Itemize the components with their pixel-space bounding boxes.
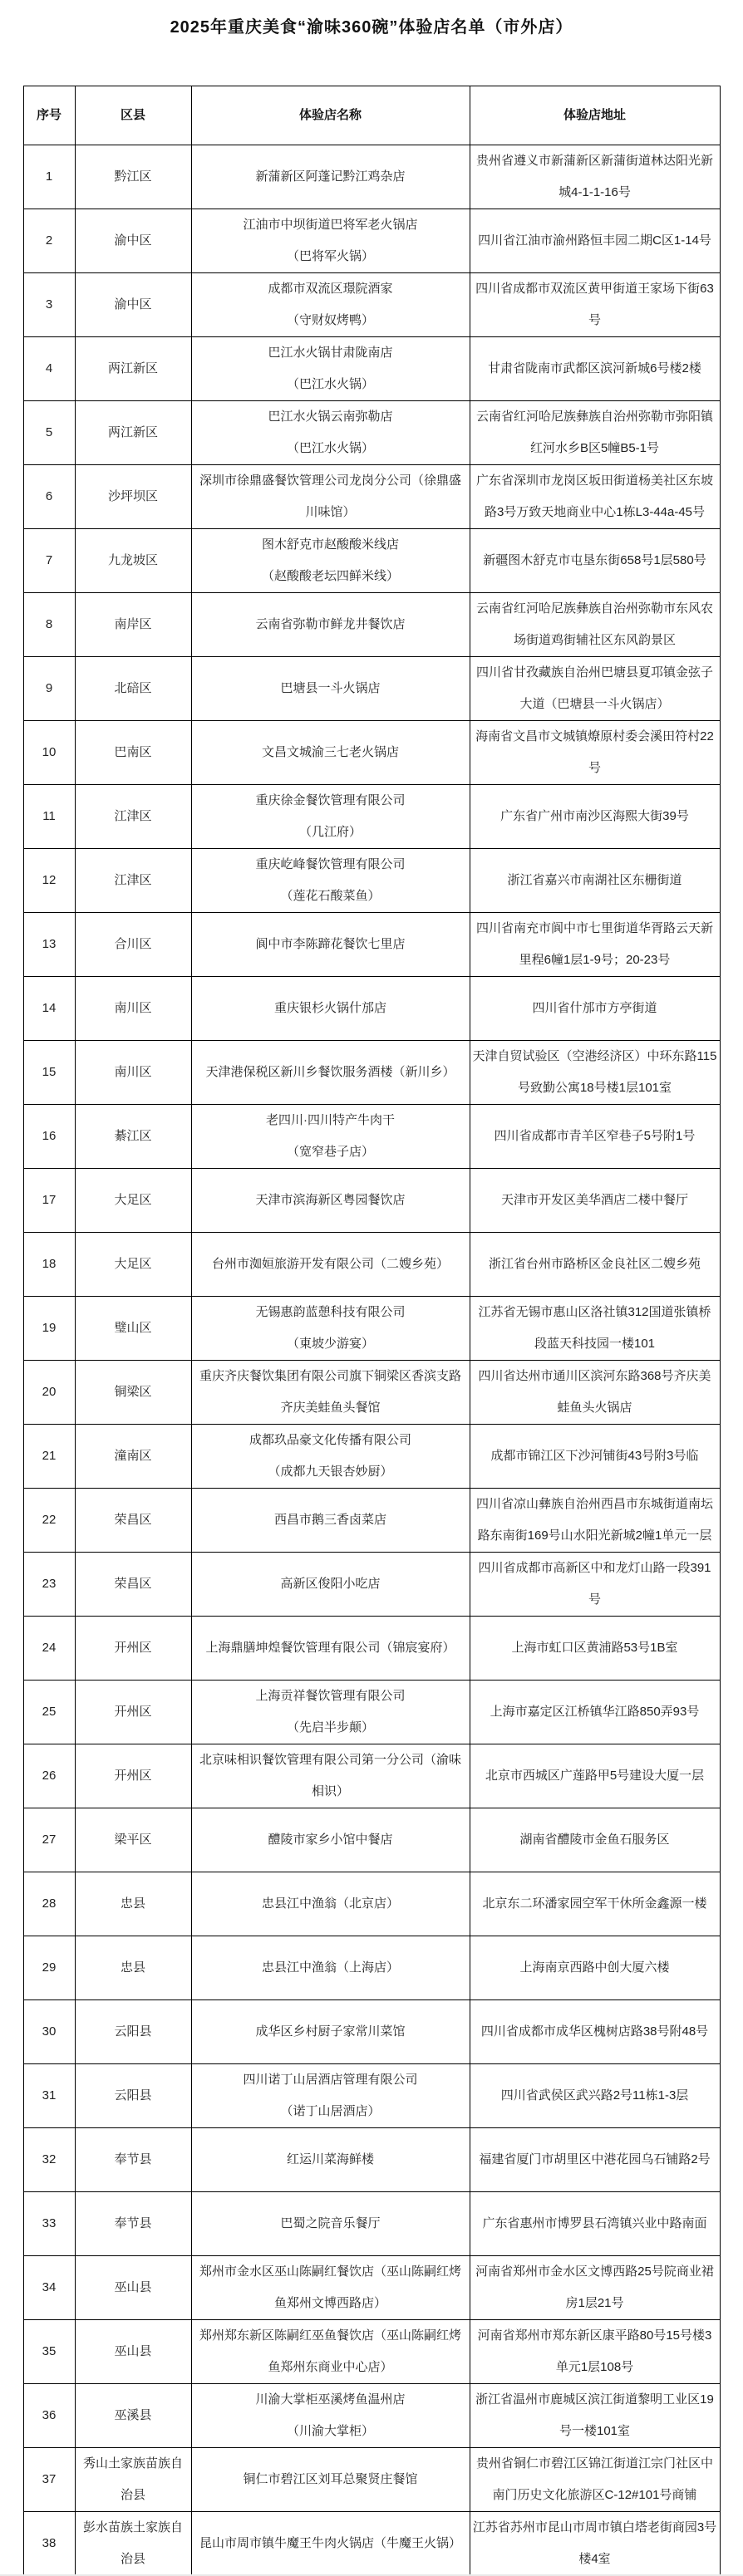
store-address-cell: 江苏省苏州市昆山市周市镇白塔老街商园3号楼4室	[470, 2512, 720, 2576]
table-body: 1黔江区新蒲新区阿蓬记黔江鸡杂店贵州省遵义市新蒲新区新蒲街道林达阳光新城4-1-…	[23, 145, 720, 2576]
table-row: 5两江新区巴江水火锅云南弥勒店 （巴江水火锅）云南省红河哈尼族彝族自治州弥勒市弥…	[23, 401, 720, 465]
store-name-cell: 新蒲新区阿蓬记黔江鸡杂店	[191, 145, 470, 209]
store-name-cell: 重庆齐庆餐饮集团有限公司旗下铜梁区香滨支路齐庆美蛙鱼头餐馆	[191, 1361, 470, 1425]
table-row: 28忠县忠县江中渔翁（北京店）北京东二环潘家园空军干休所金鑫源一楼	[23, 1872, 720, 1936]
district-cell: 綦江区	[75, 1105, 191, 1169]
table-row: 1黔江区新蒲新区阿蓬记黔江鸡杂店贵州省遵义市新蒲新区新蒲街道林达阳光新城4-1-…	[23, 145, 720, 209]
row-number-cell: 33	[23, 2192, 75, 2256]
table-row: 26开州区北京味相识餐饮管理有限公司第一分公司（渝味相识）北京市西城区广莲路甲5…	[23, 1744, 720, 1808]
store-address-cell: 成都市锦江区下沙河铺街43号附3号临	[470, 1425, 720, 1489]
row-number-cell: 24	[23, 1617, 75, 1681]
row-number-cell: 31	[23, 2064, 75, 2128]
header-district: 区县	[75, 86, 191, 145]
store-address-cell: 四川省成都市双流区黄甲街道王家场下街63号	[470, 273, 720, 337]
table-row: 23荣昌区高新区俊阳小吃店四川省成都市高新区中和龙灯山路一段391号	[23, 1553, 720, 1617]
row-number-cell: 18	[23, 1233, 75, 1297]
table-row: 12江津区重庆屹峰餐饮管理有限公司 （莲花石酸菜鱼）浙江省嘉兴市南湖社区东栅街道	[23, 849, 720, 913]
table-row: 24开州区上海鼎膳坤煌餐饮管理有限公司（锦宸宴府）上海市虹口区黄浦路53号1B室	[23, 1617, 720, 1681]
district-cell: 沙坪坝区	[75, 465, 191, 529]
store-name-cell: 重庆屹峰餐饮管理有限公司 （莲花石酸菜鱼）	[191, 849, 470, 913]
row-number-cell: 5	[23, 401, 75, 465]
district-cell: 渝中区	[75, 209, 191, 273]
row-number-cell: 11	[23, 785, 75, 849]
row-number-cell: 29	[23, 1936, 75, 2000]
table-row: 2渝中区江油市中坝街道巴将军老火锅店 （巴将军火锅）四川省江油市渝州路恒丰园二期…	[23, 209, 720, 273]
store-name-cell: 红运川菜海鲜楼	[191, 2128, 470, 2192]
row-number-cell: 8	[23, 593, 75, 657]
store-address-cell: 浙江省台州市路桥区金良社区二嫂乡苑	[470, 1233, 720, 1297]
table-row: 6沙坪坝区深圳市徐鼎盛餐饮管理公司龙岗分公司（徐鼎盛川味馆）广东省深圳市龙岗区坂…	[23, 465, 720, 529]
district-cell: 南川区	[75, 977, 191, 1041]
store-address-cell: 四川省武侯区武兴路2号11栋1-3层	[470, 2064, 720, 2128]
table-row: 10巴南区文昌文城渝三七老火锅店海南省文昌市文城镇燎原村委会溪田符村22号	[23, 721, 720, 785]
row-number-cell: 38	[23, 2512, 75, 2576]
district-cell: 奉节县	[75, 2128, 191, 2192]
row-number-cell: 19	[23, 1297, 75, 1361]
district-cell: 巫溪县	[75, 2384, 191, 2448]
store-name-cell: 西昌市鹅三香卤菜店	[191, 1489, 470, 1553]
table-row: 22荣昌区西昌市鹅三香卤菜店四川省凉山彝族自治州西昌市东城街道南坛路东南街169…	[23, 1489, 720, 1553]
store-address-cell: 海南省文昌市文城镇燎原村委会溪田符村22号	[470, 721, 720, 785]
district-cell: 大足区	[75, 1169, 191, 1233]
store-name-cell: 郑州市金水区巫山陈嗣红餐饮店（巫山陈嗣红烤鱼郑州文博西路店）	[191, 2256, 470, 2320]
store-name-cell: 北京味相识餐饮管理有限公司第一分公司（渝味相识）	[191, 1744, 470, 1808]
table-row: 19璧山区无锡惠韵蓝憩科技有限公司 （東坡少游宴）江苏省无锡市惠山区洛社镇312…	[23, 1297, 720, 1361]
store-name-cell: 巴蜀之院音乐餐厅	[191, 2192, 470, 2256]
district-cell: 奉节县	[75, 2192, 191, 2256]
table-row: 34巫山县郑州市金水区巫山陈嗣红餐饮店（巫山陈嗣红烤鱼郑州文博西路店）河南省郑州…	[23, 2256, 720, 2320]
district-cell: 云阳县	[75, 2000, 191, 2064]
store-name-cell: 台州市洳姮旅游开发有限公司（二嫂乡苑）	[191, 1233, 470, 1297]
store-address-cell: 四川省达州市通川区滨河东路368号齐庆美蛙鱼头火锅店	[470, 1361, 720, 1425]
district-cell: 铜梁区	[75, 1361, 191, 1425]
table-row: 11江津区重庆徐金餐饮管理有限公司 （几江府）广东省广州市南沙区海熙大街39号	[23, 785, 720, 849]
store-address-cell: 贵州省铜仁市碧江区锦江街道江宗门社区中南门历史文化旅游区C-12#101号商铺	[470, 2448, 720, 2512]
table-row: 14南川区重庆银杉火锅什邡店四川省什邡市方亭街道	[23, 977, 720, 1041]
store-name-cell: 重庆银杉火锅什邡店	[191, 977, 470, 1041]
store-address-cell: 福建省厦门市胡里区中港花园乌石铺路2号	[470, 2128, 720, 2192]
table-row: 32奉节县红运川菜海鲜楼福建省厦门市胡里区中港花园乌石铺路2号	[23, 2128, 720, 2192]
store-address-cell: 北京东二环潘家园空军干休所金鑫源一楼	[470, 1872, 720, 1936]
store-address-cell: 四川省成都市高新区中和龙灯山路一段391号	[470, 1553, 720, 1617]
table-row: 16綦江区老四川·四川特产牛肉干 （宽窄巷子店）四川省成都市青羊区窄巷子5号附1…	[23, 1105, 720, 1169]
table-row: 27梁平区醴陵市家乡小馆中餐店湖南省醴陵市金鱼石服务区	[23, 1808, 720, 1872]
store-name-cell: 高新区俊阳小吃店	[191, 1553, 470, 1617]
district-cell: 开州区	[75, 1681, 191, 1744]
table-row: 3渝中区成都市双流区璟院酒家 （守财奴烤鸭）四川省成都市双流区黄甲街道王家场下街…	[23, 273, 720, 337]
store-name-cell: 上海贡祥餐饮管理有限公司 （先启半步颠）	[191, 1681, 470, 1744]
table-row: 30云阳县成华区乡村厨子家常川菜馆四川省成都市成华区槐树店路38号附48号	[23, 2000, 720, 2064]
store-address-cell: 广东省深圳市龙岗区坂田街道杨美社区东坡路3号万致天地商业中心1栋L3-44a-4…	[470, 465, 720, 529]
store-address-cell: 四川省甘孜藏族自治州巴塘县夏邛镇金弦子大道（巴塘县一斗火锅店）	[470, 657, 720, 721]
table-row: 33奉节县巴蜀之院音乐餐厅广东省惠州市博罗县石湾镇兴业中路南面	[23, 2192, 720, 2256]
store-name-cell: 图木舒克市赵酸酸米线店 （赵酸酸老坛四鲜米线）	[191, 529, 470, 593]
store-address-cell: 河南省郑州市金水区文博西路25号院商业裙房1层21号	[470, 2256, 720, 2320]
row-number-cell: 21	[23, 1425, 75, 1489]
district-cell: 渝中区	[75, 273, 191, 337]
table-row: 21潼南区成都玖品豪文化传播有限公司 （成都九天银杏妙厨）成都市锦江区下沙河铺街…	[23, 1425, 720, 1489]
store-name-cell: 深圳市徐鼎盛餐饮管理公司龙岗分公司（徐鼎盛川味馆）	[191, 465, 470, 529]
district-cell: 北碚区	[75, 657, 191, 721]
store-name-cell: 重庆徐金餐饮管理有限公司 （几江府）	[191, 785, 470, 849]
table-row: 13合川区阆中市李陈蹄花餐饮七里店四川省南充市阆中市七里街道华胥路云天新里程6幢…	[23, 913, 720, 977]
row-number-cell: 37	[23, 2448, 75, 2512]
table-row: 35巫山县郑州郑东新区陈嗣红巫鱼餐饮店（巫山陈嗣红烤鱼郑州东商业中心店）河南省郑…	[23, 2320, 720, 2384]
stores-table: 序号 区县 体验店名称 体验店地址 1黔江区新蒲新区阿蓬记黔江鸡杂店贵州省遵义市…	[23, 86, 721, 2576]
store-address-cell: 天津自贸试验区（空港经济区）中环东路115号致勤公寓18号楼1层101室	[470, 1041, 720, 1105]
store-name-cell: 醴陵市家乡小馆中餐店	[191, 1808, 470, 1872]
table-row: 25开州区上海贡祥餐饮管理有限公司 （先启半步颠）上海市嘉定区江桥镇华江路850…	[23, 1681, 720, 1744]
district-cell: 荣昌区	[75, 1489, 191, 1553]
row-number-cell: 32	[23, 2128, 75, 2192]
row-number-cell: 9	[23, 657, 75, 721]
store-address-cell: 广东省惠州市博罗县石湾镇兴业中路南面	[470, 2192, 720, 2256]
district-cell: 两江新区	[75, 401, 191, 465]
store-name-cell: 成都玖品豪文化传播有限公司 （成都九天银杏妙厨）	[191, 1425, 470, 1489]
store-name-cell: 江油市中坝街道巴将军老火锅店 （巴将军火锅）	[191, 209, 470, 273]
table-row: 29忠县忠县江中渔翁（上海店）上海南京西路中创大厦六楼	[23, 1936, 720, 2000]
district-cell: 忠县	[75, 1936, 191, 2000]
row-number-cell: 28	[23, 1872, 75, 1936]
table-row: 4两江新区巴江水火锅甘肃陇南店 （巴江水火锅）甘肃省陇南市武都区滨河新城6号楼2…	[23, 337, 720, 401]
store-name-cell: 忠县江中渔翁（北京店）	[191, 1872, 470, 1936]
row-number-cell: 10	[23, 721, 75, 785]
store-address-cell: 四川省成都市成华区槐树店路38号附48号	[470, 2000, 720, 2064]
store-address-cell: 上海市嘉定区江桥镇华江路850弄93号	[470, 1681, 720, 1744]
row-number-cell: 27	[23, 1808, 75, 1872]
table-row: 20铜梁区重庆齐庆餐饮集团有限公司旗下铜梁区香滨支路齐庆美蛙鱼头餐馆四川省达州市…	[23, 1361, 720, 1425]
store-address-cell: 浙江省嘉兴市南湖社区东栅街道	[470, 849, 720, 913]
row-number-cell: 22	[23, 1489, 75, 1553]
district-cell: 江津区	[75, 785, 191, 849]
table-row: 38彭水苗族土家族自治县昆山市周市镇牛魔王牛肉火锅店（牛魔王火锅）江苏省苏州市昆…	[23, 2512, 720, 2576]
store-address-cell: 云南省红河哈尼族彝族自治州弥勒市弥阳镇红河水乡B区5幢B5-1号	[470, 401, 720, 465]
header-serial-number: 序号	[23, 86, 75, 145]
store-name-cell: 上海鼎膳坤煌餐饮管理有限公司（锦宸宴府）	[191, 1617, 470, 1681]
store-address-cell: 湖南省醴陵市金鱼石服务区	[470, 1808, 720, 1872]
store-address-cell: 贵州省遵义市新蒲新区新蒲街道林达阳光新城4-1-1-16号	[470, 145, 720, 209]
district-cell: 江津区	[75, 849, 191, 913]
row-number-cell: 36	[23, 2384, 75, 2448]
row-number-cell: 15	[23, 1041, 75, 1105]
store-name-cell: 郑州郑东新区陈嗣红巫鱼餐饮店（巫山陈嗣红烤鱼郑州东商业中心店）	[191, 2320, 470, 2384]
store-address-cell: 天津市开发区美华酒店二楼中餐厅	[470, 1169, 720, 1233]
district-cell: 荣昌区	[75, 1553, 191, 1617]
district-cell: 开州区	[75, 1744, 191, 1808]
row-number-cell: 14	[23, 977, 75, 1041]
district-cell: 秀山土家族苗族自治县	[75, 2448, 191, 2512]
store-address-cell: 四川省南充市阆中市七里街道华胥路云天新里程6幢1层1-9号；20-23号	[470, 913, 720, 977]
district-cell: 巫山县	[75, 2256, 191, 2320]
store-address-cell: 四川省什邡市方亭街道	[470, 977, 720, 1041]
district-cell: 云阳县	[75, 2064, 191, 2128]
table-header-row: 序号 区县 体验店名称 体验店地址	[23, 86, 720, 145]
table-row: 8南岸区云南省弥勒市鲜龙井餐饮店云南省红河哈尼族彝族自治州弥勒市东风农场街道鸡街…	[23, 593, 720, 657]
store-name-cell: 巴江水火锅甘肃陇南店 （巴江水火锅）	[191, 337, 470, 401]
district-cell: 九龙坡区	[75, 529, 191, 593]
row-number-cell: 1	[23, 145, 75, 209]
store-name-cell: 云南省弥勒市鲜龙井餐饮店	[191, 593, 470, 657]
row-number-cell: 2	[23, 209, 75, 273]
store-name-cell: 川渝大掌柜巫溪烤鱼温州店 （川渝大掌柜）	[191, 2384, 470, 2448]
store-address-cell: 广东省广州市南沙区海熙大街39号	[470, 785, 720, 849]
row-number-cell: 23	[23, 1553, 75, 1617]
store-address-cell: 浙江省温州市鹿城区滨江街道黎明工业区19号一楼101室	[470, 2384, 720, 2448]
page-title: 2025年重庆美食“渝味360碗”体验店名单（市外店）	[0, 0, 743, 37]
store-address-cell: 四川省凉山彝族自治州西昌市东城街道南坛路东南街169号山水阳光新城2幢1单元一层	[470, 1489, 720, 1553]
district-cell: 大足区	[75, 1233, 191, 1297]
row-number-cell: 17	[23, 1169, 75, 1233]
row-number-cell: 25	[23, 1681, 75, 1744]
store-address-cell: 河南省郑州市郑东新区康平路80号15号楼3单元1层108号	[470, 2320, 720, 2384]
store-name-cell: 阆中市李陈蹄花餐饮七里店	[191, 913, 470, 977]
row-number-cell: 3	[23, 273, 75, 337]
page: 2025年重庆美食“渝味360碗”体验店名单（市外店） 序号 区县 体验店名称 …	[0, 0, 743, 2576]
district-cell: 潼南区	[75, 1425, 191, 1489]
row-number-cell: 30	[23, 2000, 75, 2064]
store-name-cell: 天津市滨海新区粤园餐饮店	[191, 1169, 470, 1233]
row-number-cell: 4	[23, 337, 75, 401]
row-number-cell: 7	[23, 529, 75, 593]
store-name-cell: 昆山市周市镇牛魔王牛肉火锅店（牛魔王火锅）	[191, 2512, 470, 2576]
row-number-cell: 26	[23, 1744, 75, 1808]
table-row: 36巫溪县川渝大掌柜巫溪烤鱼温州店 （川渝大掌柜）浙江省温州市鹿城区滨江街道黎明…	[23, 2384, 720, 2448]
store-name-cell: 巴塘县一斗火锅店	[191, 657, 470, 721]
store-name-cell: 天津港保税区新川乡餐饮服务酒楼（新川乡）	[191, 1041, 470, 1105]
row-number-cell: 13	[23, 913, 75, 977]
row-number-cell: 34	[23, 2256, 75, 2320]
district-cell: 梁平区	[75, 1808, 191, 1872]
store-name-cell: 成华区乡村厨子家常川菜馆	[191, 2000, 470, 2064]
district-cell: 彭水苗族土家族自治县	[75, 2512, 191, 2576]
store-address-cell: 上海南京西路中创大厦六楼	[470, 1936, 720, 2000]
district-cell: 巫山县	[75, 2320, 191, 2384]
table-row: 31云阳县四川诺丁山居酒店管理有限公司 （诺丁山居酒店）四川省武侯区武兴路2号1…	[23, 2064, 720, 2128]
table-row: 15南川区天津港保税区新川乡餐饮服务酒楼（新川乡）天津自贸试验区（空港经济区）中…	[23, 1041, 720, 1105]
store-name-cell: 无锡惠韵蓝憩科技有限公司 （東坡少游宴）	[191, 1297, 470, 1361]
store-address-cell: 新疆图木舒克市屯垦东街658号1层580号	[470, 529, 720, 593]
store-address-cell: 上海市虹口区黄浦路53号1B室	[470, 1617, 720, 1681]
district-cell: 璧山区	[75, 1297, 191, 1361]
store-name-cell: 文昌文城渝三七老火锅店	[191, 721, 470, 785]
store-address-cell: 江苏省无锡市惠山区洛社镇312国道张镇桥段蓝天科技园一楼101	[470, 1297, 720, 1361]
store-name-cell: 老四川·四川特产牛肉干 （宽窄巷子店）	[191, 1105, 470, 1169]
row-number-cell: 20	[23, 1361, 75, 1425]
row-number-cell: 16	[23, 1105, 75, 1169]
store-name-cell: 四川诺丁山居酒店管理有限公司 （诺丁山居酒店）	[191, 2064, 470, 2128]
header-store-address: 体验店地址	[470, 86, 720, 145]
store-name-cell: 巴江水火锅云南弥勒店 （巴江水火锅）	[191, 401, 470, 465]
row-number-cell: 12	[23, 849, 75, 913]
district-cell: 巴南区	[75, 721, 191, 785]
store-name-cell: 忠县江中渔翁（上海店）	[191, 1936, 470, 2000]
table-row: 7九龙坡区图木舒克市赵酸酸米线店 （赵酸酸老坛四鲜米线）新疆图木舒克市屯垦东街6…	[23, 529, 720, 593]
store-name-cell: 成都市双流区璟院酒家 （守财奴烤鸭）	[191, 273, 470, 337]
district-cell: 南川区	[75, 1041, 191, 1105]
district-cell: 开州区	[75, 1617, 191, 1681]
store-address-cell: 云南省红河哈尼族彝族自治州弥勒市东风农场街道鸡街辅社区东风韵景区	[470, 593, 720, 657]
table-row: 17大足区天津市滨海新区粤园餐饮店天津市开发区美华酒店二楼中餐厅	[23, 1169, 720, 1233]
district-cell: 合川区	[75, 913, 191, 977]
row-number-cell: 6	[23, 465, 75, 529]
district-cell: 两江新区	[75, 337, 191, 401]
store-name-cell: 铜仁市碧江区刘耳总聚贤庄餐馆	[191, 2448, 470, 2512]
store-address-cell: 四川省成都市青羊区窄巷子5号附1号	[470, 1105, 720, 1169]
district-cell: 南岸区	[75, 593, 191, 657]
table-row: 37秀山土家族苗族自治县铜仁市碧江区刘耳总聚贤庄餐馆贵州省铜仁市碧江区锦江街道江…	[23, 2448, 720, 2512]
row-number-cell: 35	[23, 2320, 75, 2384]
store-address-cell: 四川省江油市渝州路恒丰园二期C区1-14号	[470, 209, 720, 273]
store-address-cell: 北京市西城区广莲路甲5号建设大厦一层	[470, 1744, 720, 1808]
table-row: 9北碚区巴塘县一斗火锅店四川省甘孜藏族自治州巴塘县夏邛镇金弦子大道（巴塘县一斗火…	[23, 657, 720, 721]
table-row: 18大足区台州市洳姮旅游开发有限公司（二嫂乡苑）浙江省台州市路桥区金良社区二嫂乡…	[23, 1233, 720, 1297]
district-cell: 忠县	[75, 1872, 191, 1936]
district-cell: 黔江区	[75, 145, 191, 209]
store-address-cell: 甘肃省陇南市武都区滨河新城6号楼2楼	[470, 337, 720, 401]
header-store-name: 体验店名称	[191, 86, 470, 145]
